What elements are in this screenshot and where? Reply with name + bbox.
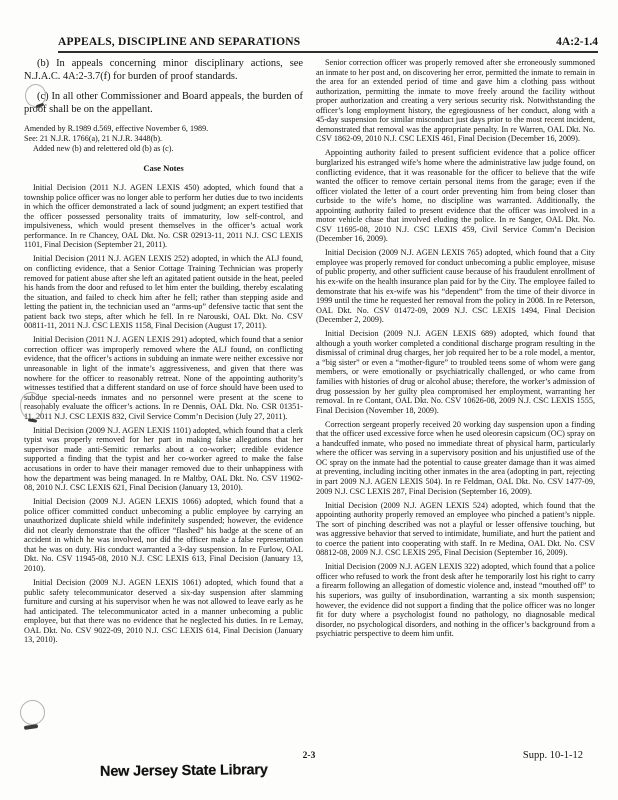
header-section-number: 4A:2-1.4 xyxy=(556,36,598,48)
amendment-history: Amended by R.1989 d.569, effective Novem… xyxy=(24,124,303,153)
right-column: Senior correction officer was properly r… xyxy=(316,58,595,649)
case-note-left-3: Initial Decision (2011 N.J. AGEN LEXIS 2… xyxy=(24,335,303,421)
case-note-left-6: Initial Decision (2009 N.J. AGEN LEXIS 1… xyxy=(24,578,303,645)
supplement-date: Supp. 10-1-12 xyxy=(523,750,583,761)
regulation-subsection-b: (b) In appeals concerning minor discipli… xyxy=(24,58,303,83)
case-note-right-6: Initial Decision (2009 N.J. AGEN LEXIS 5… xyxy=(316,501,595,558)
case-note-right-5: Correction sergeant properly received 20… xyxy=(316,420,595,496)
left-column: (b) In appeals concerning minor discipli… xyxy=(24,58,303,649)
header-title: APPEALS, DISCIPLINE AND SEPARATIONS xyxy=(58,36,300,48)
pencil-mark-smudge-bottom xyxy=(24,724,38,730)
history-amended-line: Amended by R.1989 d.569, effective Novem… xyxy=(24,124,303,134)
case-notes-heading: Case Notes xyxy=(24,163,303,173)
case-note-right-3: Initial Decision (2009 N.J. AGEN LEXIS 7… xyxy=(316,248,595,324)
two-column-body: (b) In appeals concerning minor discipli… xyxy=(24,58,596,649)
case-note-right-4: Initial Decision (2009 N.J. AGEN LEXIS 6… xyxy=(316,329,595,415)
case-note-right-7: Initial Decision (2009 N.J. AGEN LEXIS 3… xyxy=(316,562,595,638)
regulation-subsection-c: (c) In all other Commissioner and Board … xyxy=(24,91,303,116)
history-added-line: Added new (b) and relettered old (b) as … xyxy=(24,144,303,154)
case-note-left-5: Initial Decision (2009 N.J. AGEN LEXIS 1… xyxy=(24,497,303,573)
case-note-left-4: Initial Decision (2009 N.J. AGEN LEXIS 1… xyxy=(24,426,303,493)
case-note-right-1: Senior correction officer was properly r… xyxy=(316,58,595,144)
case-note-left-2: Initial Decision (2011 N.J. AGEN LEXIS 2… xyxy=(24,254,303,330)
library-stamp: New Jersey State Library xyxy=(100,762,268,780)
history-see-line: See: 21 N.J.R. 1766(a), 21 N.J.R. 3448(b… xyxy=(24,134,303,144)
page-header: APPEALS, DISCIPLINE AND SEPARATIONS 4A:2… xyxy=(58,36,598,53)
case-note-right-2: Appointing authority failed to present s… xyxy=(316,148,595,243)
pencil-mark-circle-bottom xyxy=(19,699,46,726)
case-note-left-1: Initial Decision (2011 N.J. AGEN LEXIS 4… xyxy=(24,183,303,250)
document-page: APPEALS, DISCIPLINE AND SEPARATIONS 4A:2… xyxy=(0,0,618,800)
